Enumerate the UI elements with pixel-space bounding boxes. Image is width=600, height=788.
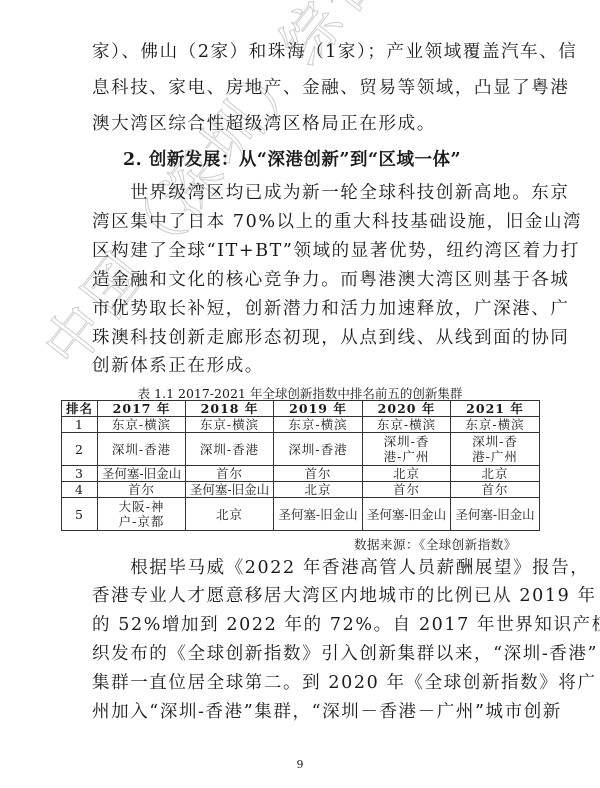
rank-cell: 2: [62, 433, 98, 466]
table-cell: 北京: [363, 466, 451, 482]
page-number: 9: [0, 758, 600, 771]
intro-line-1: 家）、佛山（2家）和珠海（1家）；产业领域覆盖汽车、信: [92, 41, 512, 63]
table-cell: 东京-横滨: [274, 417, 363, 433]
table-row: 1 东京-横滨 东京-横滨 东京-横滨 东京-横滨 东京-横滨: [62, 417, 540, 433]
talent-line-2: 香港专业人才愿意移居大湾区内地城市的比例已从 2019 年: [92, 585, 512, 607]
header-2017: 2017 年: [98, 401, 186, 417]
table-cell: 首尔: [451, 482, 540, 498]
rank-cell: 1: [62, 417, 98, 433]
table-cell: 东京-横滨: [451, 417, 540, 433]
rank-cell: 4: [62, 482, 98, 498]
table-cell: 北京: [186, 498, 274, 531]
header-2019: 2019 年: [274, 401, 363, 417]
table-cell: 圣何塞-旧金山: [274, 498, 363, 531]
table-cell: 东京-横滨: [186, 417, 274, 433]
intro-line-2: 息科技、家电、房地产、金融、贸易等领域，凸显了粤港: [92, 77, 512, 99]
innovation-line-1: 世界级湾区均已成为新一轮全球科技创新高地。东京: [92, 182, 512, 204]
table-cell: 深圳-香港: [274, 433, 363, 466]
table-cell: 深圳-香港-广州: [451, 433, 540, 466]
table-cell: 首尔: [98, 482, 186, 498]
table-cell: 首尔: [363, 482, 451, 498]
innovation-line-2: 湾区集中了日本 70%以上的重大科技基础设施，旧金山湾: [92, 211, 512, 233]
rank-cell: 5: [62, 498, 98, 531]
rank-cell: 3: [62, 466, 98, 482]
talent-line-3: 的 52%增加到 2022 年的 72%。自 2017 年世界知识产权组: [92, 614, 512, 636]
table-cell: 北京: [274, 482, 363, 498]
table-header-row: 排名 2017 年 2018 年 2019 年 2020 年 2021 年: [62, 401, 540, 417]
talent-line-6: 州加入“深圳-香港”集群，“深圳－香港－广州”城市创新: [92, 701, 512, 723]
table-row: 2 深圳-香港 深圳-香港 深圳-香港 深圳-香港-广州 深圳-香港-广州: [62, 433, 540, 466]
table-cell: 圣何塞-旧金山: [186, 482, 274, 498]
innovation-line-7: 创新体系正在形成。: [92, 355, 512, 377]
table-source-note: 数据来源：《全球创新指数》: [354, 535, 517, 553]
document-page: 中国（深圳）综合开发研究院 家）、佛山（2家）和珠海（1家）；产业领域覆盖汽车、…: [0, 0, 600, 788]
talent-line-1: 根据毕马威《2022 年香港高管人员薪酬展望》报告，: [92, 557, 512, 579]
header-2018: 2018 年: [186, 401, 274, 417]
header-2021: 2021 年: [451, 401, 540, 417]
table-cell: 大阪-神户-京都: [98, 498, 186, 531]
header-2020: 2020 年: [363, 401, 451, 417]
table-row: 4 首尔 圣何塞-旧金山 北京 首尔 首尔: [62, 482, 540, 498]
intro-line-3: 澳大湾区综合性超级湾区格局正在形成。: [92, 113, 512, 135]
innovation-line-4: 造金融和文化的核心竞争力。而粤港澳大湾区则基于各城: [92, 269, 512, 291]
table-row: 5 大阪-神户-京都 北京 圣何塞-旧金山 圣何塞-旧金山 圣何塞-旧金山: [62, 498, 540, 531]
header-rank: 排名: [62, 401, 98, 417]
table-cell: 深圳-香港: [98, 433, 186, 466]
table-cell: 首尔: [274, 466, 363, 482]
table-cell: 圣何塞-旧金山: [98, 466, 186, 482]
section-heading: 2. 创新发展：从“深港创新”到“区域一体”: [123, 146, 461, 171]
table-cell: 东京-横滨: [98, 417, 186, 433]
innovation-line-3: 区构建了全球“IT+BT”领域的显著优势，纽约湾区着力打: [92, 240, 512, 262]
table-cell: 北京: [451, 466, 540, 482]
innovation-line-5: 市优势取长补短，创新潜力和活力加速释放，广深港、广: [92, 298, 512, 320]
innovation-cluster-table: 排名 2017 年 2018 年 2019 年 2020 年 2021 年 1 …: [61, 400, 540, 531]
table-cell: 圣何塞-旧金山: [451, 498, 540, 531]
table-cell: 东京-横滨: [363, 417, 451, 433]
talent-line-5: 集群一直位居全球第二。到 2020 年《全球创新指数》将广: [92, 672, 512, 694]
table-cell: 首尔: [186, 466, 274, 482]
table-cell: 深圳-香港: [186, 433, 274, 466]
table-cell: 深圳-香港-广州: [363, 433, 451, 466]
table-cell: 圣何塞-旧金山: [363, 498, 451, 531]
table-row: 3 圣何塞-旧金山 首尔 首尔 北京 北京: [62, 466, 540, 482]
innovation-line-6: 珠澳科技创新走廊形态初现，从点到线、从线到面的协同: [92, 327, 512, 349]
talent-line-4: 织发布的《全球创新指数》引入创新集群以来，“深圳-香港”: [92, 643, 512, 665]
